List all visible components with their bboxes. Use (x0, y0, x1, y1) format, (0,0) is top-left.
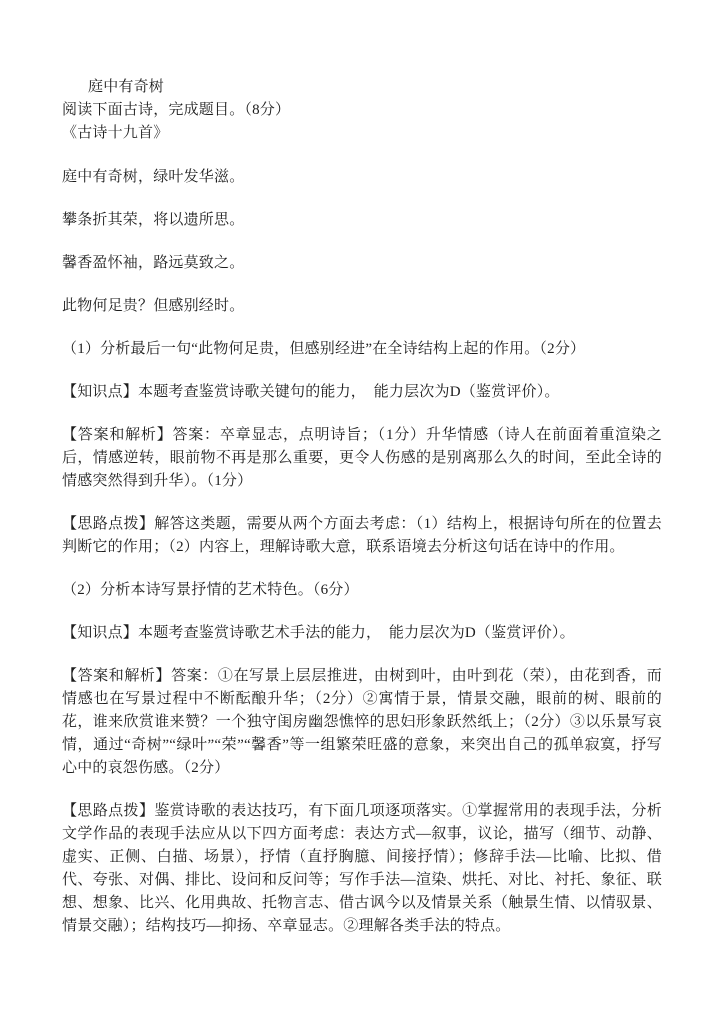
question-2-text: （2）分析本诗写景抒情的艺术特色。（6分） (62, 579, 662, 602)
question-1-text: （1）分析最后一句“此物何足贵，但感别经进”在全诗结构上起的作用。（2分） (62, 338, 662, 361)
question-1-knowledge-point: 【知识点】本题考查鉴赏诗歌关键句的能力， 能力层次为D（鉴赏评价）。 (62, 381, 662, 404)
question-1-tips: 【思路点拨】解答这类题，需要从两个方面去考虑：（1）结构上，根据诗句所在的位置去… (62, 513, 662, 559)
document-page: 庭中有奇树 阅读下面古诗，完成题目。（8分） 《古诗十九首》 庭中有奇树，绿叶发… (0, 0, 725, 1024)
question-1-answer: 【答案和解析】答案：卒章显志，点明诗旨；（1分）升华情感（诗人在前面着重渲染之后… (62, 424, 662, 493)
poem-title: 庭中有奇树 (62, 76, 662, 99)
question-2-knowledge-point: 【知识点】本题考查鉴赏诗歌艺术手法的能力， 能力层次为D（鉴赏评价）。 (62, 622, 662, 645)
poem-line-2: 攀条折其荣，将以遗所思。 (62, 209, 662, 232)
question-2-tips: 【思路点拨】鉴赏诗歌的表达技巧，有下面几项逐项落实。①掌握常用的表现手法，分析文… (62, 800, 662, 938)
instruction-line: 阅读下面古诗，完成题目。（8分） (62, 99, 662, 122)
poem-line-1: 庭中有奇树，绿叶发华滋。 (62, 166, 662, 189)
source-line: 《古诗十九首》 (62, 122, 662, 145)
question-2-answer: 【答案和解析】答案：①在写景上层层推进，由树到叶，由叶到花（荣），由花到香，而情… (62, 665, 662, 780)
document-header: 庭中有奇树 阅读下面古诗，完成题目。（8分） 《古诗十九首》 (62, 76, 662, 145)
poem-line-3: 馨香盈怀袖，路远莫致之。 (62, 252, 662, 275)
poem-line-4: 此物何足贵？但感别经时。 (62, 295, 662, 318)
